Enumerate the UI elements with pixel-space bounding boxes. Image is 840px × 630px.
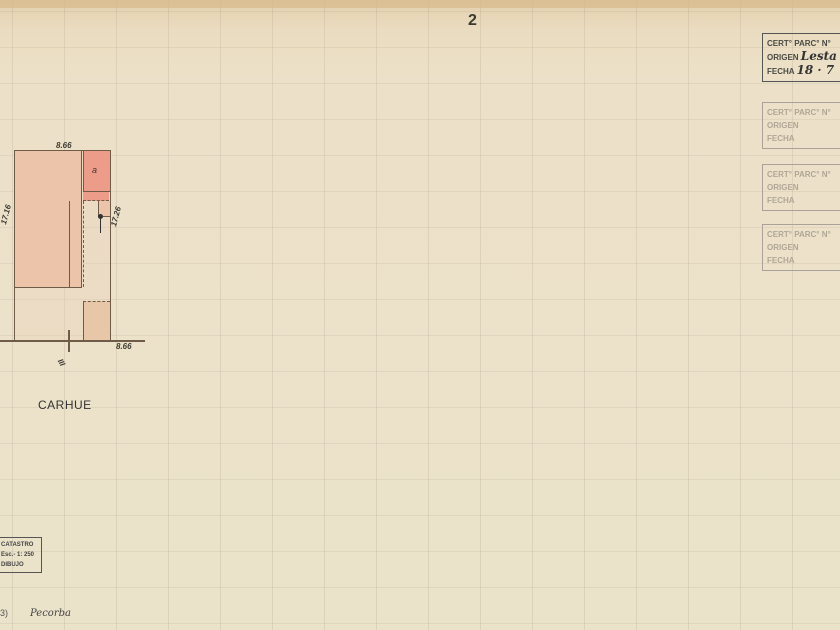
unit-label: a — [92, 165, 97, 175]
cert-stamp-1: CERT° PARC° N° ORIGEN Lesta FECHA 18 · 7 — [762, 33, 840, 82]
stamp-title: CERT° PARC° N° — [767, 106, 840, 119]
cert-stamp-3: CERT° PARC° N° ORIGEN FECHA — [762, 164, 840, 211]
stamp-fecha-label: FECHA — [767, 132, 840, 145]
cert-stamp-2: CERT° PARC° N° ORIGEN FECHA — [762, 102, 840, 149]
stamp-origen-label: ORIGEN — [767, 53, 799, 62]
stamp-origen-value: Lesta — [801, 49, 837, 63]
stamp-fecha-value: 18 · 7 — [797, 63, 835, 77]
stamp-fecha-label: FECHA — [767, 67, 794, 76]
stamp-origen-label: ORIGEN — [767, 181, 840, 194]
catastro-title: CATASTRO — [1, 540, 39, 550]
dim-bottom: 8.66 — [116, 342, 132, 351]
catastro-dibujo: DIBUJO — [1, 560, 39, 570]
unit-a: a — [83, 151, 110, 192]
page-number: 2 — [468, 12, 477, 30]
signature-prefix: 3) — [0, 608, 8, 618]
stamp-fecha-label: FECHA — [767, 194, 840, 207]
grid-paper — [0, 0, 840, 630]
signature: Pecorba — [30, 608, 71, 619]
stamp-title: CERT° PARC° N° — [767, 228, 840, 241]
stamp-origen-label: ORIGEN — [767, 119, 840, 132]
stamp-origen-label: ORIGEN — [767, 241, 840, 254]
dim-top: 8.66 — [56, 141, 72, 150]
entrance-arrow-icon — [100, 217, 101, 233]
parcel-plan: a — [14, 150, 111, 342]
catastro-stamp: CATASTRO Esc.- 1: 250 DIBUJO — [0, 537, 42, 573]
front-room — [83, 301, 110, 342]
street-tick — [68, 330, 70, 352]
stamp-fecha-label: FECHA — [767, 254, 840, 267]
cert-stamp-4: CERT° PARC° N° ORIGEN FECHA — [762, 224, 840, 271]
passage — [69, 201, 84, 287]
unit-strip — [83, 192, 109, 201]
stamp-title: CERT° PARC° N° — [767, 168, 840, 181]
street-label: CARHUE — [38, 398, 92, 412]
catastro-scale: Esc.- 1: 250 — [1, 550, 39, 560]
paper-edge — [0, 0, 840, 8]
